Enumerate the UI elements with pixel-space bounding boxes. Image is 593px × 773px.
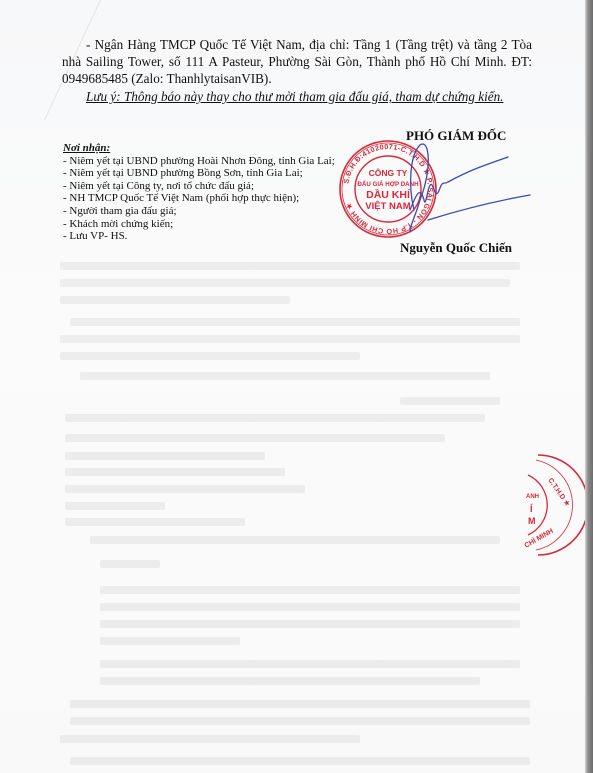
recipient-item: - NH TMCP Quốc Tế Việt Nam (phối hợp thự…: [63, 192, 335, 205]
svg-text:CHÍ MINH: CHÍ MINH: [523, 526, 555, 550]
recipient-item: - Khách mời chứng kiến;: [63, 218, 335, 231]
recipients-list: Nơi nhận: - Niêm yết tại UBND phường Hoà…: [63, 142, 335, 243]
scanner-edge: [585, 0, 593, 773]
recipients-title: Nơi nhận:: [63, 142, 335, 155]
scanned-page: - Ngân Hàng TMCP Quốc Tế Việt Nam, địa c…: [0, 0, 585, 773]
recipient-item: - Niêm yết tại Công ty, nơi tổ chức đấu …: [63, 180, 335, 193]
svg-text:C.T.H.D ★: C.T.H.D ★: [546, 477, 572, 509]
svg-text:M: M: [528, 516, 536, 526]
notice-note: Lưu ý: Thông báo này thay cho thư mời th…: [86, 88, 503, 105]
bank-contact-paragraph: - Ngân Hàng TMCP Quốc Tế Việt Nam, địa c…: [62, 36, 532, 87]
handwritten-signature-icon: [380, 140, 540, 235]
recipient-item: - Niêm yết tại UBND phường Bồng Sơn, tỉn…: [63, 167, 335, 180]
partial-stamp-icon: C.T.H.D ★ ANH Í M CHÍ MINH: [508, 450, 588, 560]
signer-name: Nguyễn Quốc Chiến: [400, 240, 512, 256]
recipient-item: - Niêm yết tại UBND phường Hoài Nhơn Đôn…: [63, 155, 335, 168]
svg-text:Í: Í: [530, 504, 533, 514]
recipient-item: - Lưu VP- HS.: [63, 230, 335, 243]
recipient-item: - Người tham gia đấu giá;: [63, 205, 335, 218]
svg-text:ANH: ANH: [526, 494, 539, 500]
